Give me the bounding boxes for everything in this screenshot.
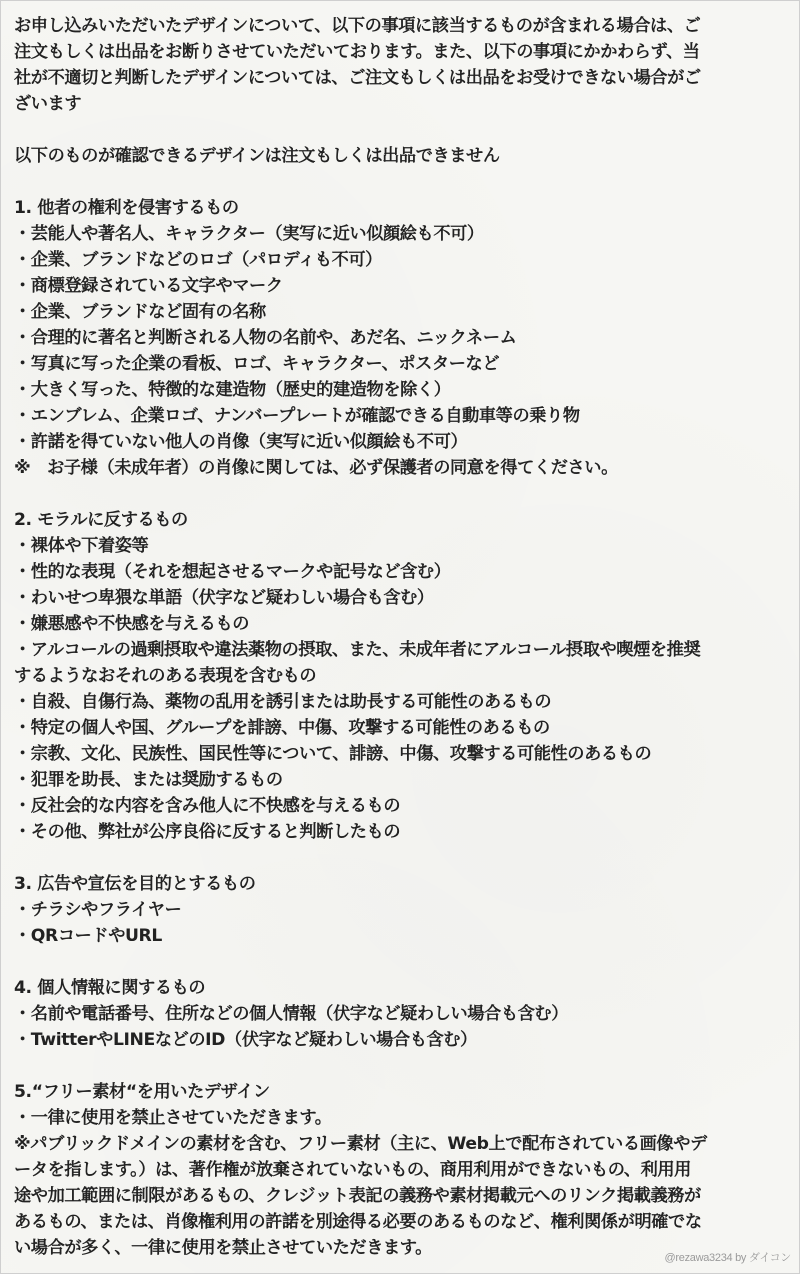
spacer [14, 481, 794, 507]
list-item: ・反社会的な内容を含み他人に不快感を与えるもの [14, 793, 794, 819]
lead-statement: 以下のものが確認できるデザインは注文もしくは出品できません [14, 143, 794, 169]
list-item: ・TwitterやLINEなどのID（伏字など疑わしい場合も含む） [14, 1027, 794, 1053]
list-item: ・企業、ブランドなどのロゴ（パロディも不可） [14, 247, 794, 273]
intro-paragraph: お申し込みいただいたデザインについて、以下の事項に該当するものが含まれる場合は、… [14, 13, 794, 117]
list-item: ・芸能人や著名人、キャラクター（実写に近い似顔絵も不可） [14, 221, 794, 247]
list-item: ・企業、ブランドなど固有の名称 [14, 299, 794, 325]
section-advertising: 3. 広告や宣伝を目的とするもの ・チラシやフライヤー ・QRコードやURL [14, 871, 794, 949]
list-item: ・アルコールの過剰摂取や違法薬物の摂取、また、未成年者にアルコール摂取や喫煙を推… [14, 637, 794, 663]
spacer [14, 117, 794, 143]
watermark-credit: @rezawa3234 by ダイコン [665, 1249, 791, 1265]
list-item: ・特定の個人や国、グループを誹謗、中傷、攻撃する可能性のあるもの [14, 715, 794, 741]
list-item: ・大きく写った、特徴的な建造物（歴史的建造物を除く） [14, 377, 794, 403]
section-title: 4. 個人情報に関するもの [14, 975, 794, 1001]
spacer [14, 949, 794, 975]
intro-line: 注文もしくは出品をお断りさせていただいております。また、以下の事項にかかわらず、… [14, 39, 794, 65]
spacer [14, 169, 794, 195]
intro-line: 社が不適切と判断したデザインについては、ご注文もしくは出品をお受けできない場合が… [14, 65, 794, 91]
list-item: ・許諾を得ていない他人の肖像（実写に近い似顔絵も不可） [14, 429, 794, 455]
intro-line: ざいます [14, 91, 794, 117]
list-item: ・合理的に著名と判断される人物の名前や、あだ名、ニックネーム [14, 325, 794, 351]
spacer [14, 845, 794, 871]
section-personal-info: 4. 個人情報に関するもの ・名前や電話番号、住所などの個人情報（伏字など疑わし… [14, 975, 794, 1053]
list-item: ・裸体や下着姿等 [14, 533, 794, 559]
list-item: ・名前や電話番号、住所などの個人情報（伏字など疑わしい場合も含む） [14, 1001, 794, 1027]
section-free-materials: 5.“フリー素材“を用いたデザイン ・一律に使用を禁止させていただきます。 ※パ… [14, 1079, 794, 1261]
section-title: 2. モラルに反するもの [14, 507, 794, 533]
list-item: ・チラシやフライヤー [14, 897, 794, 923]
list-item: ・写真に写った企業の看板、ロゴ、キャラクター、ポスターなど [14, 351, 794, 377]
note-line: 途や加工範囲に制限があるもの、クレジット表記の義務や素材掲載元へのリンク掲載義務… [14, 1183, 794, 1209]
section-morality: 2. モラルに反するもの ・裸体や下着姿等 ・性的な表現（それを想起させるマーク… [14, 507, 794, 845]
list-item: ・エンブレム、企業ロゴ、ナンバープレートが確認できる自動車等の乗り物 [14, 403, 794, 429]
document-paper: お申し込みいただいたデザインについて、以下の事項に該当するものが含まれる場合は、… [1, 1, 799, 1273]
document-body: お申し込みいただいたデザインについて、以下の事項に該当するものが含まれる場合は、… [14, 13, 794, 1261]
note-line: ※パブリックドメインの素材を含む、フリー素材（主に、Web上で配布されている画像… [14, 1131, 794, 1157]
note-item: ※ お子様（未成年者）の肖像に関しては、必ず保護者の同意を得てください。 [14, 455, 794, 481]
list-item: ・一律に使用を禁止させていただきます。 [14, 1105, 794, 1131]
list-item: ・宗教、文化、民族性、国民性等について、誹謗、中傷、攻撃する可能性のあるもの [14, 741, 794, 767]
list-item: ・犯罪を助長、または奨励するもの [14, 767, 794, 793]
intro-line: お申し込みいただいたデザインについて、以下の事項に該当するものが含まれる場合は、… [14, 13, 794, 39]
note-line: ータを指します。）は、著作権が放棄されていないもの、商用利用ができないもの、利用… [14, 1157, 794, 1183]
section-title: 1. 他者の権利を侵害するもの [14, 195, 794, 221]
list-item-continuation: するようなおそれのある表現を含むもの [14, 663, 794, 689]
note-line: あるもの、または、肖像権利用の許諾を別途得る必要のあるものなど、権利関係が明確で… [14, 1209, 794, 1235]
list-item: ・嫌悪感や不快感を与えるもの [14, 611, 794, 637]
spacer [14, 1053, 794, 1079]
section-title: 5.“フリー素材“を用いたデザイン [14, 1079, 794, 1105]
list-item: ・性的な表現（それを想起させるマークや記号など含む） [14, 559, 794, 585]
section-rights-infringement: 1. 他者の権利を侵害するもの ・芸能人や著名人、キャラクター（実写に近い似顔絵… [14, 195, 794, 481]
list-item: ・商標登録されている文字やマーク [14, 273, 794, 299]
list-item: ・QRコードやURL [14, 923, 794, 949]
list-item: ・その他、弊社が公序良俗に反すると判断したもの [14, 819, 794, 845]
list-item: ・自殺、自傷行為、薬物の乱用を誘引または助長する可能性のあるもの [14, 689, 794, 715]
section-title: 3. 広告や宣伝を目的とするもの [14, 871, 794, 897]
list-item: ・わいせつ卑猥な単語（伏字など疑わしい場合も含む） [14, 585, 794, 611]
